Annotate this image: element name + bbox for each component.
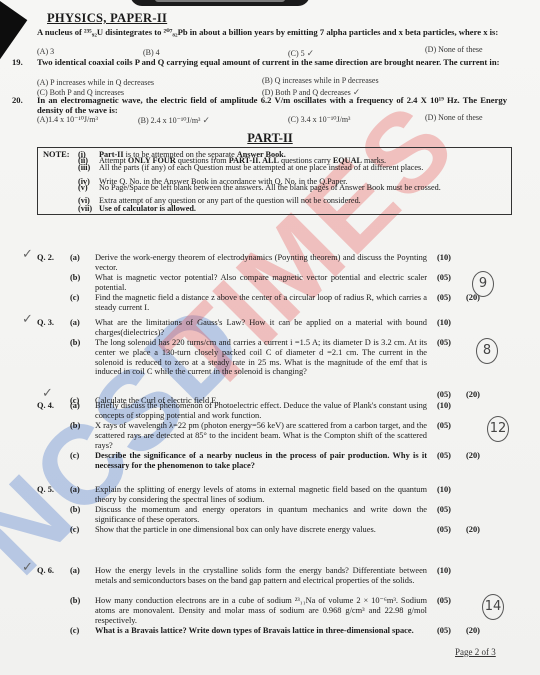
question-number: Q. 5. [37,485,54,495]
check-icon: ✓ [42,389,53,399]
part-text: Describe the significance of a nearby nu… [95,451,427,471]
part-letter: (b) [70,421,80,431]
part-letter: (b) [70,273,80,283]
part-marks: (10) [437,401,451,411]
part-letter: (c) [70,525,79,535]
mcq-option-marked: (B) 2.4 x 10⁻¹⁰J/m³ ✓ [138,115,210,126]
part-marks: (05) [437,525,451,535]
part-text: Show that the particle in one dimensiona… [95,525,427,535]
part-text: What are the limitations of Gauss's Law?… [95,318,427,338]
paper-title: PHYSICS, PAPER-II [47,11,167,26]
part-marks: (10) [437,566,451,576]
part-marks: (05) [437,451,451,461]
note-label: NOTE: [43,150,70,159]
exam-page: NCSD TIMES PHYSICS, PAPER-II A nucleus o… [0,0,540,675]
part-letter: (a) [70,253,80,263]
question-total-marks: (20) [466,626,480,636]
mcq-option: (B) Q increases while in P decreases [262,76,379,86]
mcq-option: (D) None of these [425,45,483,55]
part-marks: (10) [437,318,451,328]
part-letter: (c) [70,626,79,636]
question-number: Q. 3. [37,318,54,328]
part-marks: (05) [437,626,451,636]
instruction-number: (vii) [78,204,92,214]
part-letter: (a) [70,485,80,495]
instruction-text: All the parts (if any) of each Question … [99,163,509,173]
mcq-stem: A nucleus of ²³⁵₉₂U disintegrates to ²⁰⁷… [37,27,507,37]
part-text: Briefly discuss the phenomenon of Photoe… [95,401,427,421]
part-marks: (05) [437,338,451,348]
mcq-number: 20. [12,95,23,105]
part-text: Find the magnetic field a distance z abo… [95,293,427,313]
part-marks: (05) [437,273,451,283]
mcq-stem: In an electromagnetic wave, the electric… [37,95,507,115]
question-total-marks: (20) [466,525,480,535]
instruction-number: (iii) [78,163,90,173]
mcq-stem: Two identical coaxial coils P and Q carr… [37,57,507,67]
photo-shadow-corner [0,0,27,94]
part-letter: (b) [70,338,80,348]
part-text: Derive the work-energy theorem of electr… [95,253,427,273]
mcq-option: (A)1.4 x 10⁻¹⁰J/m³ [37,115,98,125]
part-text: X rays of wavelength λ=22 pm (photon ene… [95,421,427,450]
instruction-text: No Page/Space be left blank between the … [99,183,509,193]
part-marks: (10) [437,253,451,263]
check-icon: ✓ [202,115,210,125]
part-text: How many conduction electrons are in a c… [95,596,427,625]
question-number: Q. 4. [37,401,54,411]
check-icon: ✓ [22,563,33,573]
part-text: What is a Bravais lattice? Write down ty… [95,626,427,636]
photo-object-top [130,0,310,6]
part-marks: (05) [437,421,451,431]
part-letter: (c) [70,451,79,461]
part-marks: (05) [437,390,451,400]
instruction-text: Use of calculator is allowed. [99,204,509,214]
mcq-option: (A) 3 [37,47,54,57]
part-letter: (a) [70,318,80,328]
part-marks: (05) [437,293,451,303]
part-marks: (05) [437,596,451,606]
mcq-number: 19. [12,57,23,67]
part-letter: (c) [70,293,79,303]
mcq-option: (C) 3.4 x 10⁻¹⁰J/m³ [288,115,350,125]
question-total-marks: (20) [466,451,480,461]
handwritten-score: 14 [482,594,504,620]
handwritten-score: 9 [472,271,494,297]
check-icon: ✓ [22,250,33,260]
part-title: PART-II [0,131,540,146]
handwritten-score: 8 [476,338,498,364]
check-icon: ✓ [22,315,33,325]
part-letter: (b) [70,505,80,515]
instruction-number: (v) [78,183,88,193]
part-text: What is magnetic vector potential? Also … [95,273,427,293]
handwritten-score: 12 [487,416,509,442]
part-letter: (b) [70,596,80,606]
part-text: Explain the splitting of energy levels o… [95,485,427,505]
part-text: The long solenoid has 220 turns/cm and c… [95,338,427,377]
mcq-option: (D) None of these [425,113,483,123]
question-number: Q. 6. [37,566,54,576]
part-letter: (a) [70,401,80,411]
instructions-box: NOTE: (i)Part-II is to be attempted on t… [37,147,512,215]
page-number: Page 2 of 3 [455,647,496,657]
part-letter: (a) [70,566,80,576]
part-text: How the energy levels in the crystalline… [95,566,427,586]
mcq-option: (A) P increases while in Q decreases [37,78,154,88]
part-marks: (10) [437,485,451,495]
question-total-marks: (20) [466,390,480,400]
question-number: Q. 2. [37,253,54,263]
part-text: Discuss the momentum and energy operator… [95,505,427,525]
part-marks: (05) [437,505,451,515]
